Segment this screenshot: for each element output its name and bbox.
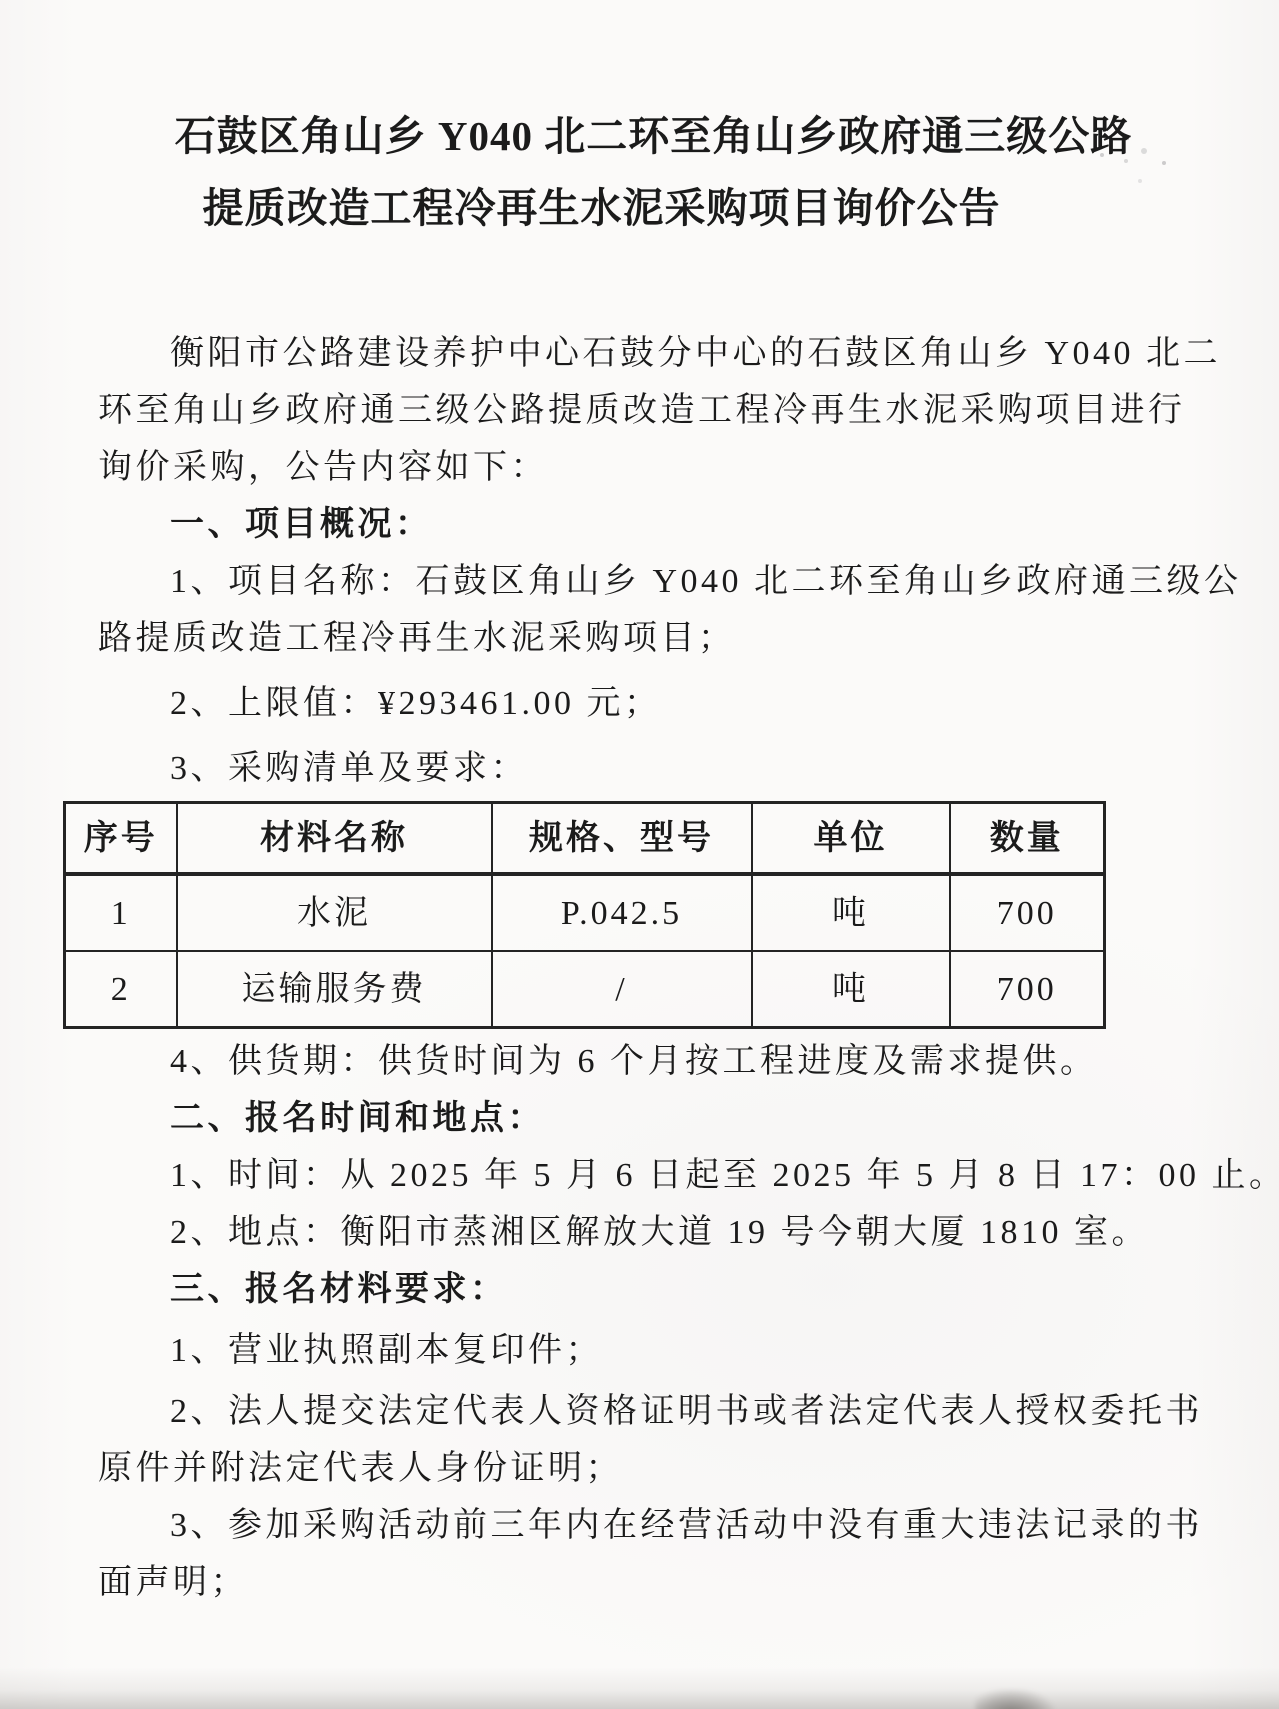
- section1-item3: 3、采购清单及要求：: [98, 740, 1209, 797]
- col-header-material: 材料名称: [177, 803, 492, 875]
- col-header-unit: 单位: [752, 803, 950, 875]
- intro-line-2: 环至角山乡政府通三级公路提质改造工程冷再生水泥采购项目进行: [98, 382, 1209, 439]
- section1-item1-line2: 路提质改造工程冷再生水泥采购项目；: [98, 610, 1209, 667]
- section3-item3-line1: 3、参加采购活动前三年内在经营活动中没有重大违法记录的书: [98, 1497, 1209, 1554]
- cell-seq: 1: [65, 874, 177, 951]
- title-line-2: 提质改造工程冷再生水泥采购项目询价公告: [0, 172, 1241, 244]
- section2-item2: 2、地点：衡阳市蒸湘区解放大道 19 号今朝大厦 1810 室。: [98, 1204, 1209, 1261]
- cell-material: 运输服务费: [177, 951, 492, 1028]
- section3-item1: 1、营业执照副本复印件；: [98, 1322, 1209, 1379]
- section3-item2-line1: 2、法人提交法定代表人资格证明书或者法定代表人授权委托书: [98, 1383, 1209, 1440]
- section1-item4: 4、供货期：供货时间为 6 个月按工程进度及需求提供。: [98, 1033, 1209, 1090]
- cell-spec: P.042.5: [492, 874, 752, 951]
- cell-unit: 吨: [752, 874, 950, 951]
- section3-item2-line2: 原件并附法定代表人身份证明；: [98, 1440, 1209, 1497]
- table-row: 1 水泥 P.042.5 吨 700: [65, 874, 1105, 951]
- cell-unit: 吨: [752, 951, 950, 1028]
- intro-line-3: 询价采购，公告内容如下：: [98, 439, 1209, 496]
- section1-heading: 一、项目概况：: [98, 496, 1209, 553]
- cell-material: 水泥: [177, 874, 492, 951]
- intro-line-1: 衡阳市公路建设养护中心石鼓分中心的石鼓区角山乡 Y040 北二: [98, 325, 1209, 382]
- section2-item1: 1、时间：从 2025 年 5 月 6 日起至 2025 年 5 月 8 日 1…: [98, 1147, 1209, 1204]
- section3-item3-line2: 面声明；: [98, 1554, 1209, 1611]
- section1-item2: 2、上限值：¥293461.00 元；: [98, 675, 1209, 732]
- col-header-qty: 数量: [950, 803, 1105, 875]
- col-header-spec: 规格、型号: [492, 803, 752, 875]
- section3-heading: 三、报名材料要求：: [98, 1261, 1209, 1318]
- cell-qty: 700: [950, 951, 1105, 1028]
- scan-corner-smudge: [975, 1689, 1055, 1709]
- procurement-items-table: 序号 材料名称 规格、型号 单位 数量 1 水泥 P.042.5 吨 700 2: [63, 801, 1106, 1029]
- cell-seq: 2: [65, 951, 177, 1028]
- table-row: 2 运输服务费 / 吨 700: [65, 951, 1105, 1028]
- section1-item1-line1: 1、项目名称：石鼓区角山乡 Y040 北二环至角山乡政府通三级公: [98, 553, 1209, 610]
- section2-heading: 二、报名时间和地点：: [98, 1090, 1209, 1147]
- document-title: 石鼓区角山乡 Y040 北二环至角山乡政府通三级公路 提质改造工程冷再生水泥采购…: [0, 0, 1279, 244]
- document-body: 衡阳市公路建设养护中心石鼓分中心的石鼓区角山乡 Y040 北二 环至角山乡政府通…: [98, 325, 1209, 1611]
- scanned-document-page: 石鼓区角山乡 Y040 北二环至角山乡政府通三级公路 提质改造工程冷再生水泥采购…: [0, 0, 1279, 1709]
- scan-bottom-shadow: [0, 1667, 1279, 1709]
- cell-spec: /: [492, 951, 752, 1028]
- cell-qty: 700: [950, 874, 1105, 951]
- title-line-1: 石鼓区角山乡 Y040 北二环至角山乡政府通三级公路: [14, 100, 1279, 172]
- col-header-seq: 序号: [65, 803, 177, 875]
- table-header-row: 序号 材料名称 规格、型号 单位 数量: [65, 803, 1105, 875]
